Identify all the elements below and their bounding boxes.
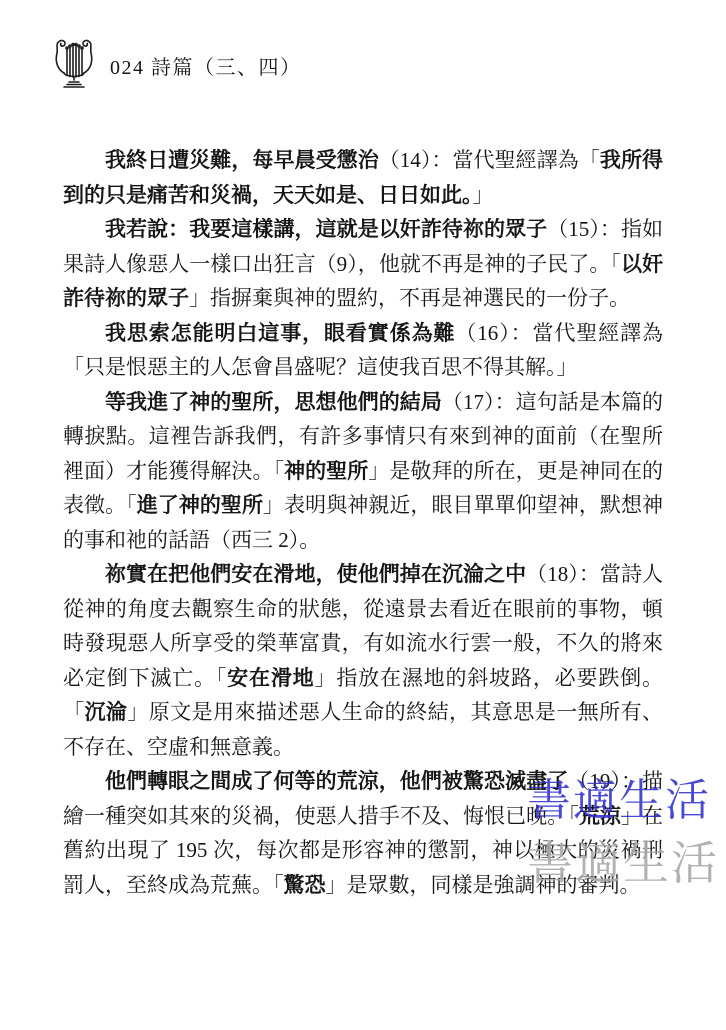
lyre-icon xyxy=(50,36,98,95)
emphasis-run: 我終日遭災難，每早晨受懲治 xyxy=(105,148,379,172)
text-run: 」指摒棄與神的盟約，不再是神選民的一份子。 xyxy=(189,286,630,310)
text-run: 」 xyxy=(473,183,494,207)
emphasis-run: 我思索怎能明白這事，眼看實係為難 xyxy=(105,321,455,345)
emphasis-run: 荒涼 xyxy=(579,804,621,828)
paragraph: 我若說：我要這樣講，這就是以奸詐待祢的眾子（15）：指如果詩人像惡人一樣口出狂言… xyxy=(63,212,663,316)
text-run: 」原文是用來描述惡人生命的終結，其意思是一無所有、不存在、空虛和無意義。 xyxy=(63,700,663,759)
emphasis-run: 安在滑地 xyxy=(227,666,314,690)
emphasis-run: 我若說：我要這樣講，這就是以奸詐待祢的眾子 xyxy=(105,217,547,241)
paragraph: 我思索怎能明白這事，眼看實係為難（16）：當代聖經譯為「只是恨惡主的人怎會昌盛呢… xyxy=(63,316,663,385)
paragraph: 祢實在把他們安在滑地，使他們掉在沉淪之中（18）：當詩人從神的角度去觀察生命的狀… xyxy=(63,557,663,764)
emphasis-run: 沉淪 xyxy=(84,700,127,724)
emphasis-run: 他們轉眼之間成了何等的荒涼，他們被驚恐滅盡了 xyxy=(105,769,568,793)
paragraph: 等我進了神的聖所，思想他們的結局（17）：這句話是本篇的轉捩點。這裡告訴我們，有… xyxy=(63,385,663,558)
text-run: 」是眾數，同樣是強調神的審判。 xyxy=(326,873,641,897)
emphasis-run: 祢實在把他們安在滑地，使他們掉在沉淪之中 xyxy=(105,562,526,586)
body-text: 我終日遭災難，每早晨受懲治（14）：當代聖經譯為「我所得到的只是痛苦和災禍，天天… xyxy=(63,143,663,902)
paragraph: 他們轉眼之間成了何等的荒涼，他們被驚恐滅盡了（19）：描繪一種突如其來的災禍，使… xyxy=(63,764,663,902)
emphasis-run: 神的聖所 xyxy=(284,459,368,483)
header: 024 詩篇（三、四） xyxy=(50,36,302,95)
emphasis-run: 驚恐 xyxy=(284,873,326,897)
emphasis-run: 等我進了神的聖所，思想他們的結局 xyxy=(105,390,442,414)
page: 024 詩篇（三、四） 我終日遭災難，每早晨受懲治（14）：當代聖經譯為「我所得… xyxy=(0,0,726,1030)
paragraph: 我終日遭災難，每早晨受懲治（14）：當代聖經譯為「我所得到的只是痛苦和災禍，天天… xyxy=(63,143,663,212)
emphasis-run: 進了神的聖所 xyxy=(137,493,263,517)
page-title: 024 詩篇（三、四） xyxy=(110,51,302,80)
text-run: （14）：當代聖經譯為「 xyxy=(379,148,600,172)
